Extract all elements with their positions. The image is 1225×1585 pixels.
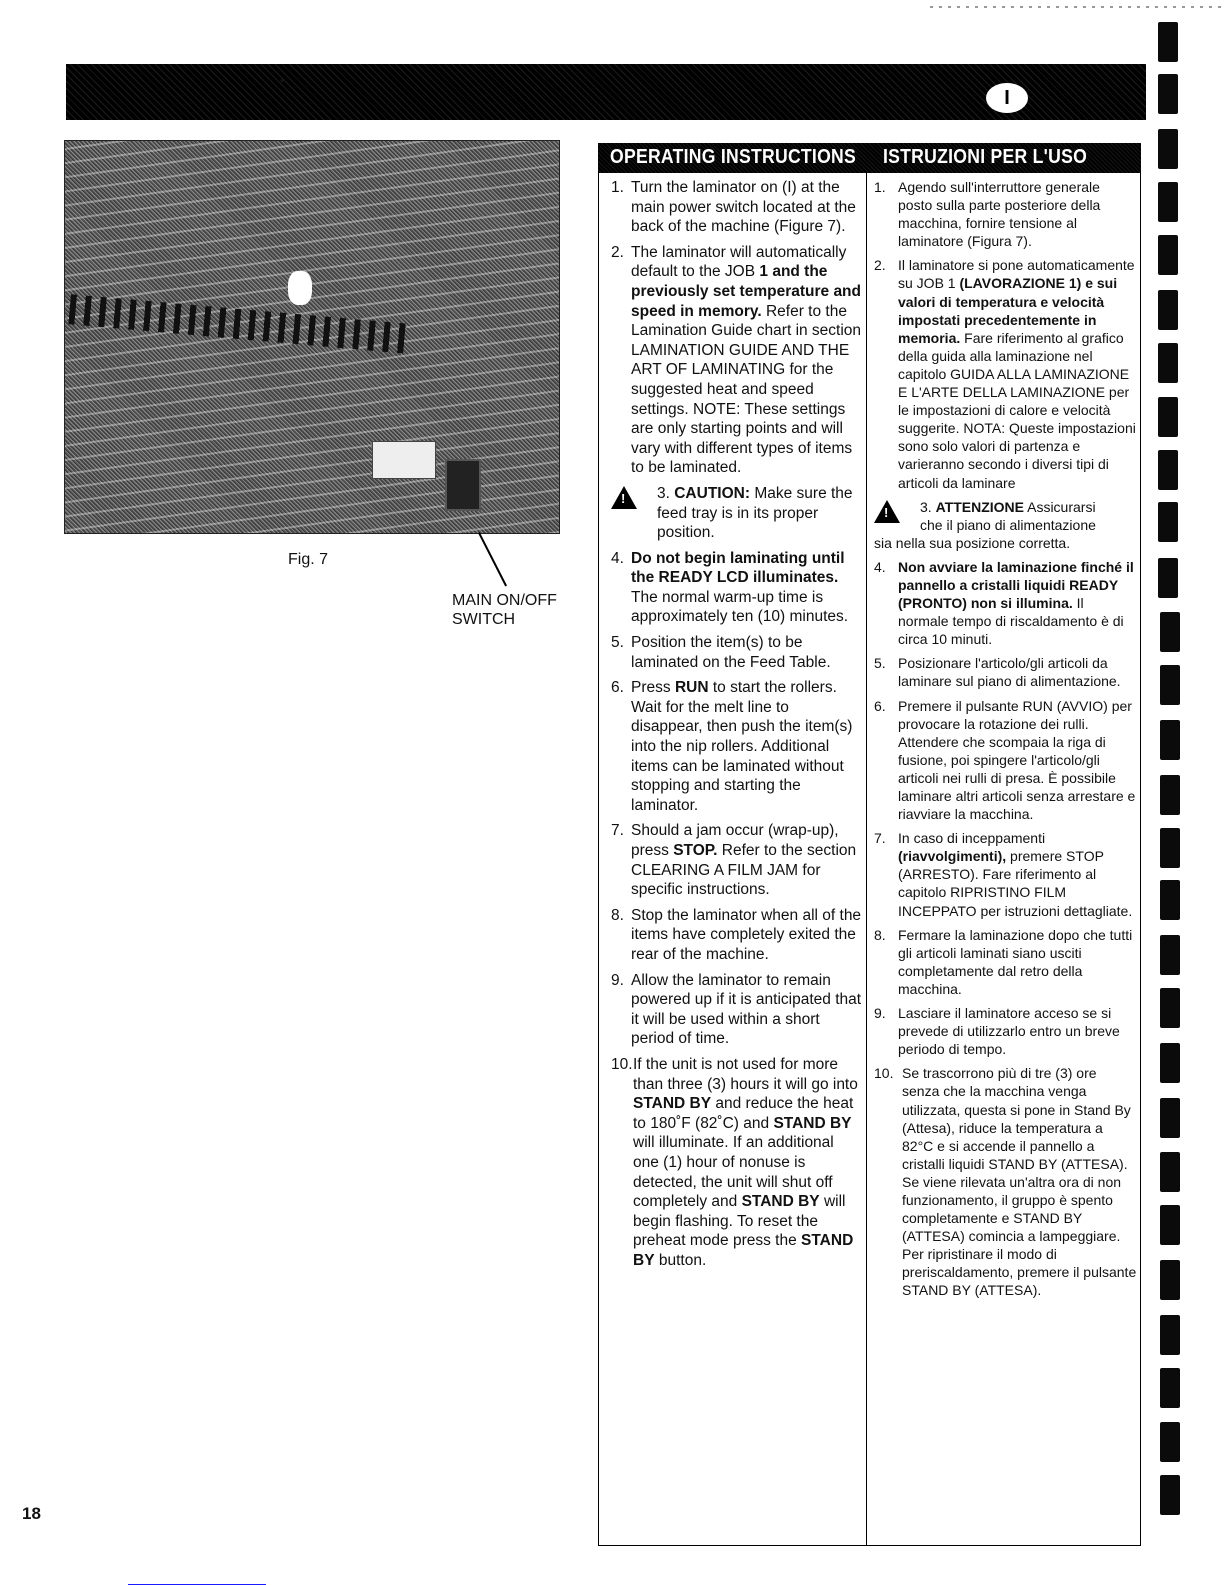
list-item: 5.Posizionare l'articolo/gli articoli da… (874, 654, 1137, 690)
bold-text: RUN (675, 679, 709, 696)
bold-text: Non avviare la laminazione finché il pan… (898, 559, 1134, 611)
index-tab (1160, 720, 1180, 760)
list-item: 8.Stop the laminator when all of the ite… (611, 906, 863, 965)
column-divider (866, 173, 867, 1545)
body-text: Allow the laminator to remain powered up… (631, 972, 861, 1048)
index-tab (1158, 343, 1178, 383)
item-number: 1. (611, 178, 624, 198)
index-tab (1160, 828, 1180, 868)
english-instructions: 1.Turn the laminator on (I) at the main … (611, 178, 863, 1276)
index-tab (1160, 1422, 1180, 1462)
index-tab (1160, 612, 1180, 652)
thumb-index-tabs (1158, 20, 1182, 1550)
list-item: 6.Premere il pulsante RUN (AVVIO) per pr… (874, 697, 1137, 824)
italian-instructions: 1.Agendo sull'interruttore generale post… (874, 178, 1137, 1306)
list-item: 2.The laminator will automatically defau… (611, 243, 863, 478)
item-number: 10. (874, 1064, 893, 1082)
index-tab (1160, 988, 1180, 1028)
caution-line-2: che il piano di alimentazione (874, 516, 1137, 534)
index-tab (1160, 1260, 1180, 1300)
callout-line-1: MAIN ON/OFF (452, 591, 557, 610)
item-number: 6. (611, 678, 624, 698)
item-number: 6. (874, 697, 886, 715)
item-number: 9. (874, 1004, 886, 1022)
item-number: 5. (611, 633, 624, 653)
body-text: The normal warm-up time is approximately… (631, 589, 848, 626)
index-tab (1158, 129, 1178, 169)
bold-text: Do not begin laminating until the READY … (631, 550, 845, 587)
list-item: 7.Should a jam occur (wrap-up), press ST… (611, 821, 863, 899)
list-item: 4.Do not begin laminating until the READ… (611, 549, 863, 627)
item-number: 5. (874, 654, 886, 672)
bold-text: (riavvolgimenti), (898, 848, 1006, 864)
item-number: 3. (657, 485, 674, 502)
main-switch-callout: MAIN ON/OFF SWITCH (452, 591, 557, 629)
list-item: 2.Il laminatore si pone automaticamente … (874, 256, 1137, 491)
index-tab (1158, 502, 1178, 542)
item-number: 2. (874, 256, 886, 274)
index-tab (1160, 1152, 1180, 1192)
instructions-header: OPERATING INSTRUCTIONS ISTRUZIONI PER L'… (598, 143, 1141, 173)
body-text: Fare riferimento al grafico della guida … (898, 330, 1136, 491)
body-text: Premere il pulsante RUN (AVVIO) per prov… (898, 698, 1135, 823)
language-badge-label: I (1004, 87, 1010, 110)
body-text: Agendo sull'interruttore generale posto … (898, 179, 1100, 249)
caution-line-1: 3. ATTENZIONE Assicurarsi (874, 498, 1137, 516)
index-tab (1160, 1475, 1180, 1515)
body-text: If the unit is not used for more than th… (633, 1056, 858, 1093)
warning-triangle-icon (874, 500, 900, 523)
index-tab (1160, 1315, 1180, 1355)
caution-item: 3. CAUTION: Make sure the feed tray is i… (611, 484, 863, 543)
index-tab (1160, 1368, 1180, 1408)
list-item: 9.Lasciare il laminatore acceso se si pr… (874, 1004, 1137, 1058)
index-tab (1160, 665, 1180, 705)
index-tab (1160, 775, 1180, 815)
bold-text: STAND BY (742, 1193, 820, 1210)
list-item: 9.Allow the laminator to remain powered … (611, 971, 863, 1049)
body-text: button. (655, 1252, 707, 1269)
list-item: 10.If the unit is not used for more than… (611, 1055, 863, 1271)
body-text: In caso di inceppamenti (898, 830, 1045, 846)
callout-line-2: SWITCH (452, 610, 557, 629)
index-tab (1158, 558, 1178, 598)
body-text: Lasciare il laminatore acceso se si prev… (898, 1005, 1120, 1057)
item-number: 8. (874, 926, 886, 944)
vent-holes (68, 294, 409, 354)
list-item: 1.Agendo sull'interruttore generale post… (874, 178, 1137, 250)
index-tab (1158, 235, 1178, 275)
index-tab (1160, 1098, 1180, 1138)
item-number: 7. (874, 829, 886, 847)
list-item: 6.Press RUN to start the rollers. Wait f… (611, 678, 863, 815)
language-badge: I (986, 83, 1028, 113)
item-number: 9. (611, 971, 624, 991)
scan-edge-dots (930, 6, 1225, 8)
photo-rating-label (372, 441, 436, 479)
item-number: 7. (611, 821, 624, 841)
index-tab (1160, 935, 1180, 975)
body-text: Se trascorrono più di tre (3) ore senza … (902, 1065, 1136, 1298)
list-item: 1.Turn the laminator on (I) at the main … (611, 178, 863, 237)
item-number: 1. (874, 178, 886, 196)
caution-item: 3. ATTENZIONE Assicurarsiche il piano di… (874, 498, 1137, 552)
index-tab (1158, 290, 1178, 330)
callout-leader-line (478, 532, 507, 586)
bold-text: STOP. (673, 842, 717, 859)
bold-text: STAND BY (773, 1115, 851, 1132)
figure-caption: Fig. 7 (288, 551, 328, 569)
body-text: Stop the laminator when all of the items… (631, 907, 861, 963)
index-tab (1158, 397, 1178, 437)
index-tab (1158, 450, 1178, 490)
index-tab (1158, 22, 1178, 62)
caution-line-3: sia nella sua posizione corretta. (874, 535, 1070, 551)
power-switch-photo (445, 459, 481, 511)
body-text: to start the rollers. Wait for the melt … (631, 679, 852, 814)
item-number: 3. (920, 499, 936, 515)
list-item: 7.In caso di inceppamenti (riavvolgiment… (874, 829, 1137, 919)
item-number: 2. (611, 243, 624, 263)
photo-knob (288, 271, 312, 305)
header-english: OPERATING INSTRUCTIONS (610, 146, 856, 169)
bold-text: STAND BY (633, 1095, 711, 1112)
body-text: Fermare la laminazione dopo che tutti gl… (898, 927, 1132, 997)
laminator-photo (64, 140, 560, 534)
index-tab (1160, 880, 1180, 920)
index-tab (1158, 182, 1178, 222)
item-number: 8. (611, 906, 624, 926)
body-text: Refer to the Lamination Guide chart in s… (631, 303, 861, 477)
page-number: 18 (22, 1504, 41, 1524)
body-text: Posizionare l'articolo/gli articoli da l… (898, 655, 1121, 689)
index-tab (1160, 1205, 1180, 1245)
item-number: 10. (611, 1055, 633, 1075)
body-text: Press (631, 679, 675, 696)
item-number: 4. (611, 549, 624, 569)
section-banner: I (66, 64, 1146, 120)
index-tab (1160, 1043, 1180, 1083)
body-text: Turn the laminator on (I) at the main po… (631, 179, 856, 235)
caution-label: ATTENZIONE (936, 499, 1024, 515)
list-item: 5.Position the item(s) to be laminated o… (611, 633, 863, 672)
list-item: 10.Se trascorrono più di tre (3) ore sen… (874, 1064, 1137, 1299)
list-item: 4.Non avviare la laminazione finché il p… (874, 558, 1137, 648)
body-text: Position the item(s) to be laminated on … (631, 634, 831, 671)
caution-text: Assicurarsi (1024, 499, 1096, 515)
header-italian: ISTRUZIONI PER L'USO (883, 146, 1087, 169)
item-number: 4. (874, 558, 886, 576)
index-tab (1158, 74, 1178, 114)
list-item: 8.Fermare la laminazione dopo che tutti … (874, 926, 1137, 998)
bold-text: CAUTION: (674, 485, 750, 502)
warning-triangle-icon (611, 486, 637, 509)
